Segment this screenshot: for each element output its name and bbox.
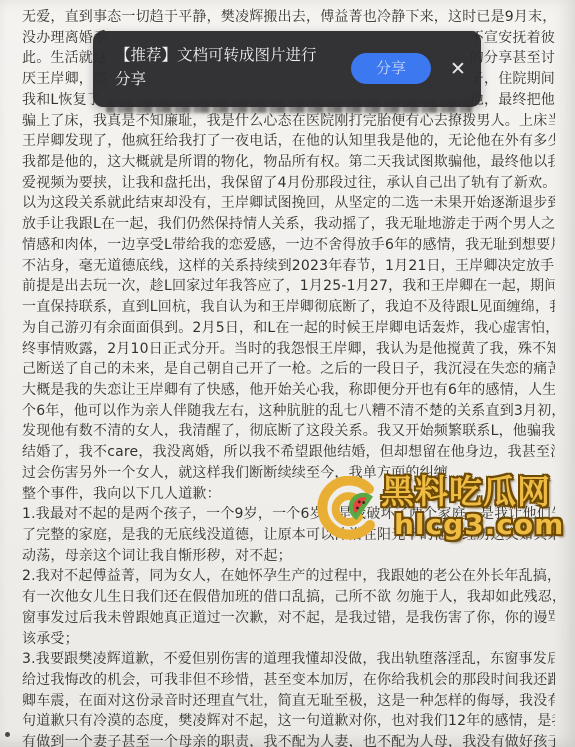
doc-line: 以为这段关系就此结束却没有，王岸卿试图挽回，从坚定的二选一未果开始逐渐退步到愿意 — [22, 193, 555, 214]
doc-line: 大概是我的失恋让王岸卿有了快感，他开始关心我，称即便分开也有6年的感情，人生有几 — [22, 380, 555, 401]
doc-line: 王岸卿发现了，他疯狂给我打了一夜电话，在他的认知里我是他的，无论他在外有多少女人… — [22, 131, 555, 152]
photo-artifact-dot — [5, 732, 10, 737]
toast-message: 【推荐】文档可转成图片进行分享 — [115, 43, 327, 91]
doc-line-fragment-left: 我和L恢复了 — [22, 90, 101, 111]
doc-line-fragment-right: 的分享甚至讨 — [470, 48, 555, 69]
doc-line: 终事情败露，2月10日正式分开。当时的我怨恨王岸卿，我认为是他搅黄了我，殊不知是… — [22, 339, 555, 360]
doc-line-fragment-right: 他，最终把他 — [470, 90, 555, 111]
doc-line: 一直保持联系，直到L回杭，我自认为和王岸卿彻底断了，我迫不及待跟L见面缠绵，我以 — [22, 297, 555, 318]
doc-line: 3.我要跟樊凌辉道歉，不爱但别伤害的道理我懂却没做，我出轨堕落淫乱，东窗事发后你… — [22, 649, 555, 670]
doc-line: 己断送了自己的未来，是自己朝自己开了一枪。之后的一段日子，我沉浸在失恋的痛苦中， — [22, 359, 555, 380]
doc-line: 情感和肉体，一边享受L带给我的恋爱感，一边不舍得放手6年的感情，我无耻到想要片叶 — [22, 235, 555, 256]
share-button[interactable]: 分享 — [351, 53, 431, 84]
doc-line: 个6年，他可以作为亲人伴随我左右，这种肮脏的乱七八糟不清不楚的关系直到3月初，我 — [22, 401, 555, 422]
doc-line: 2.我对不起傅益菁，同为女人，在她怀孕生产的过程中，我跟她的老公在外长年乱搞，甚… — [22, 566, 555, 587]
doc-line: 卿车震，在面对这份录音时还理直气壮，简直无耻至极，这是一种怎样的侮辱，我没有过一 — [22, 691, 555, 712]
close-icon[interactable]: ✕ — [442, 52, 474, 86]
doc-line: 有一次他女儿生日我们还在假借加班的借口乱搞，己所不欲 勿施于人，我却如此残忍，东 — [22, 587, 555, 608]
doc-line: 不沾身，毫无道德底线，这样的关系持续到2023年春节，1月21日，王岸卿决定放手… — [22, 256, 555, 277]
doc-line: 无爱，直到事态一切趋于平静，樊凌辉搬出去，傅益菁也冷静下来，这时已是9月末，因为 — [22, 7, 555, 28]
doc-line: 前提是出去玩一次，趁L回家过年我答应了，1月25-1月27，我和王岸卿在一起，期… — [22, 276, 555, 297]
site-watermark: 黑料吃瓜网 hlcg3.com — [314, 466, 575, 548]
doc-line-fragment-right: 子，住院期间 — [470, 69, 555, 90]
watermark-site-url: hlcg3.com — [394, 508, 564, 541]
doc-line: 放手让我跟L在一起，我们仍然保持情人关系，我动摇了，我无耻地游走于两个男人之间， — [22, 214, 555, 235]
doc-line: 我都是他的，这大概就是所谓的物化，物品所有权。第二天我试图欺骗他，最终他以我的性 — [22, 152, 555, 173]
doc-line: 爱视频为要挟，让我和盘托出，我保留了4月份那段过往，承认自己出了轨有了新欢。原本 — [22, 173, 555, 194]
doc-line: 句道歉只有冷漠的态度，樊凌辉对不起，这一句道歉对你，也对我们12年的感情，是我没 — [22, 711, 555, 732]
doc-line-fragment-right: 不宣安抚着彼 — [470, 28, 555, 49]
doc-line: 骗上了床，我真是不知廉耻，我是什么心态在医院刚打完胎便有心去撩拨男人。上床当天被 — [22, 111, 555, 132]
doc-line: 该承受； — [22, 629, 555, 650]
doc-line: 有做到一个妻子甚至一个母亲的职责，我不配为人妻，也不配为人母，我没有做好孩子的榜 — [22, 732, 555, 747]
doc-line: 为自己游刃有余面面俱到。2月5日，和L在一起的时候王岸卿电话轰炸，我心虚害怕，最 — [22, 318, 555, 339]
doc-line: 动荡，母亲这个词让我自惭形秽，对不起； — [22, 546, 555, 567]
watermark-site-name: 黑料吃瓜网 — [381, 466, 551, 513]
doc-line: 窗事发过后我未曾跟她真正道过一次歉，对不起，是我过错，是我伤害了你，你的谩骂我应 — [22, 608, 555, 629]
doc-line: 发现他有数不清的女人，我清醒了，彻底断了这段关系。我又开始频繁联系L，他骗我我他 — [22, 421, 555, 442]
share-toast: 【推荐】文档可转成图片进行分享 分享 ✕ — [93, 31, 481, 107]
watermelon-c-logo-icon — [316, 476, 380, 540]
document-text: 无爱，直到事态一切趋于平静，樊凌辉搬出去，傅益菁也冷静下来，这时已是9月末，因为… — [22, 7, 555, 747]
doc-line: 结婚了，我不care，我没离婚，所以我不希望跟他结婚，但却想留在他身边，我甚至没… — [22, 442, 555, 463]
doc-line: 给过我悔改的机会，可我非但不珍惜，甚至变本加厉，在你给我机会的那段时间我还跟王岸 — [22, 670, 555, 691]
